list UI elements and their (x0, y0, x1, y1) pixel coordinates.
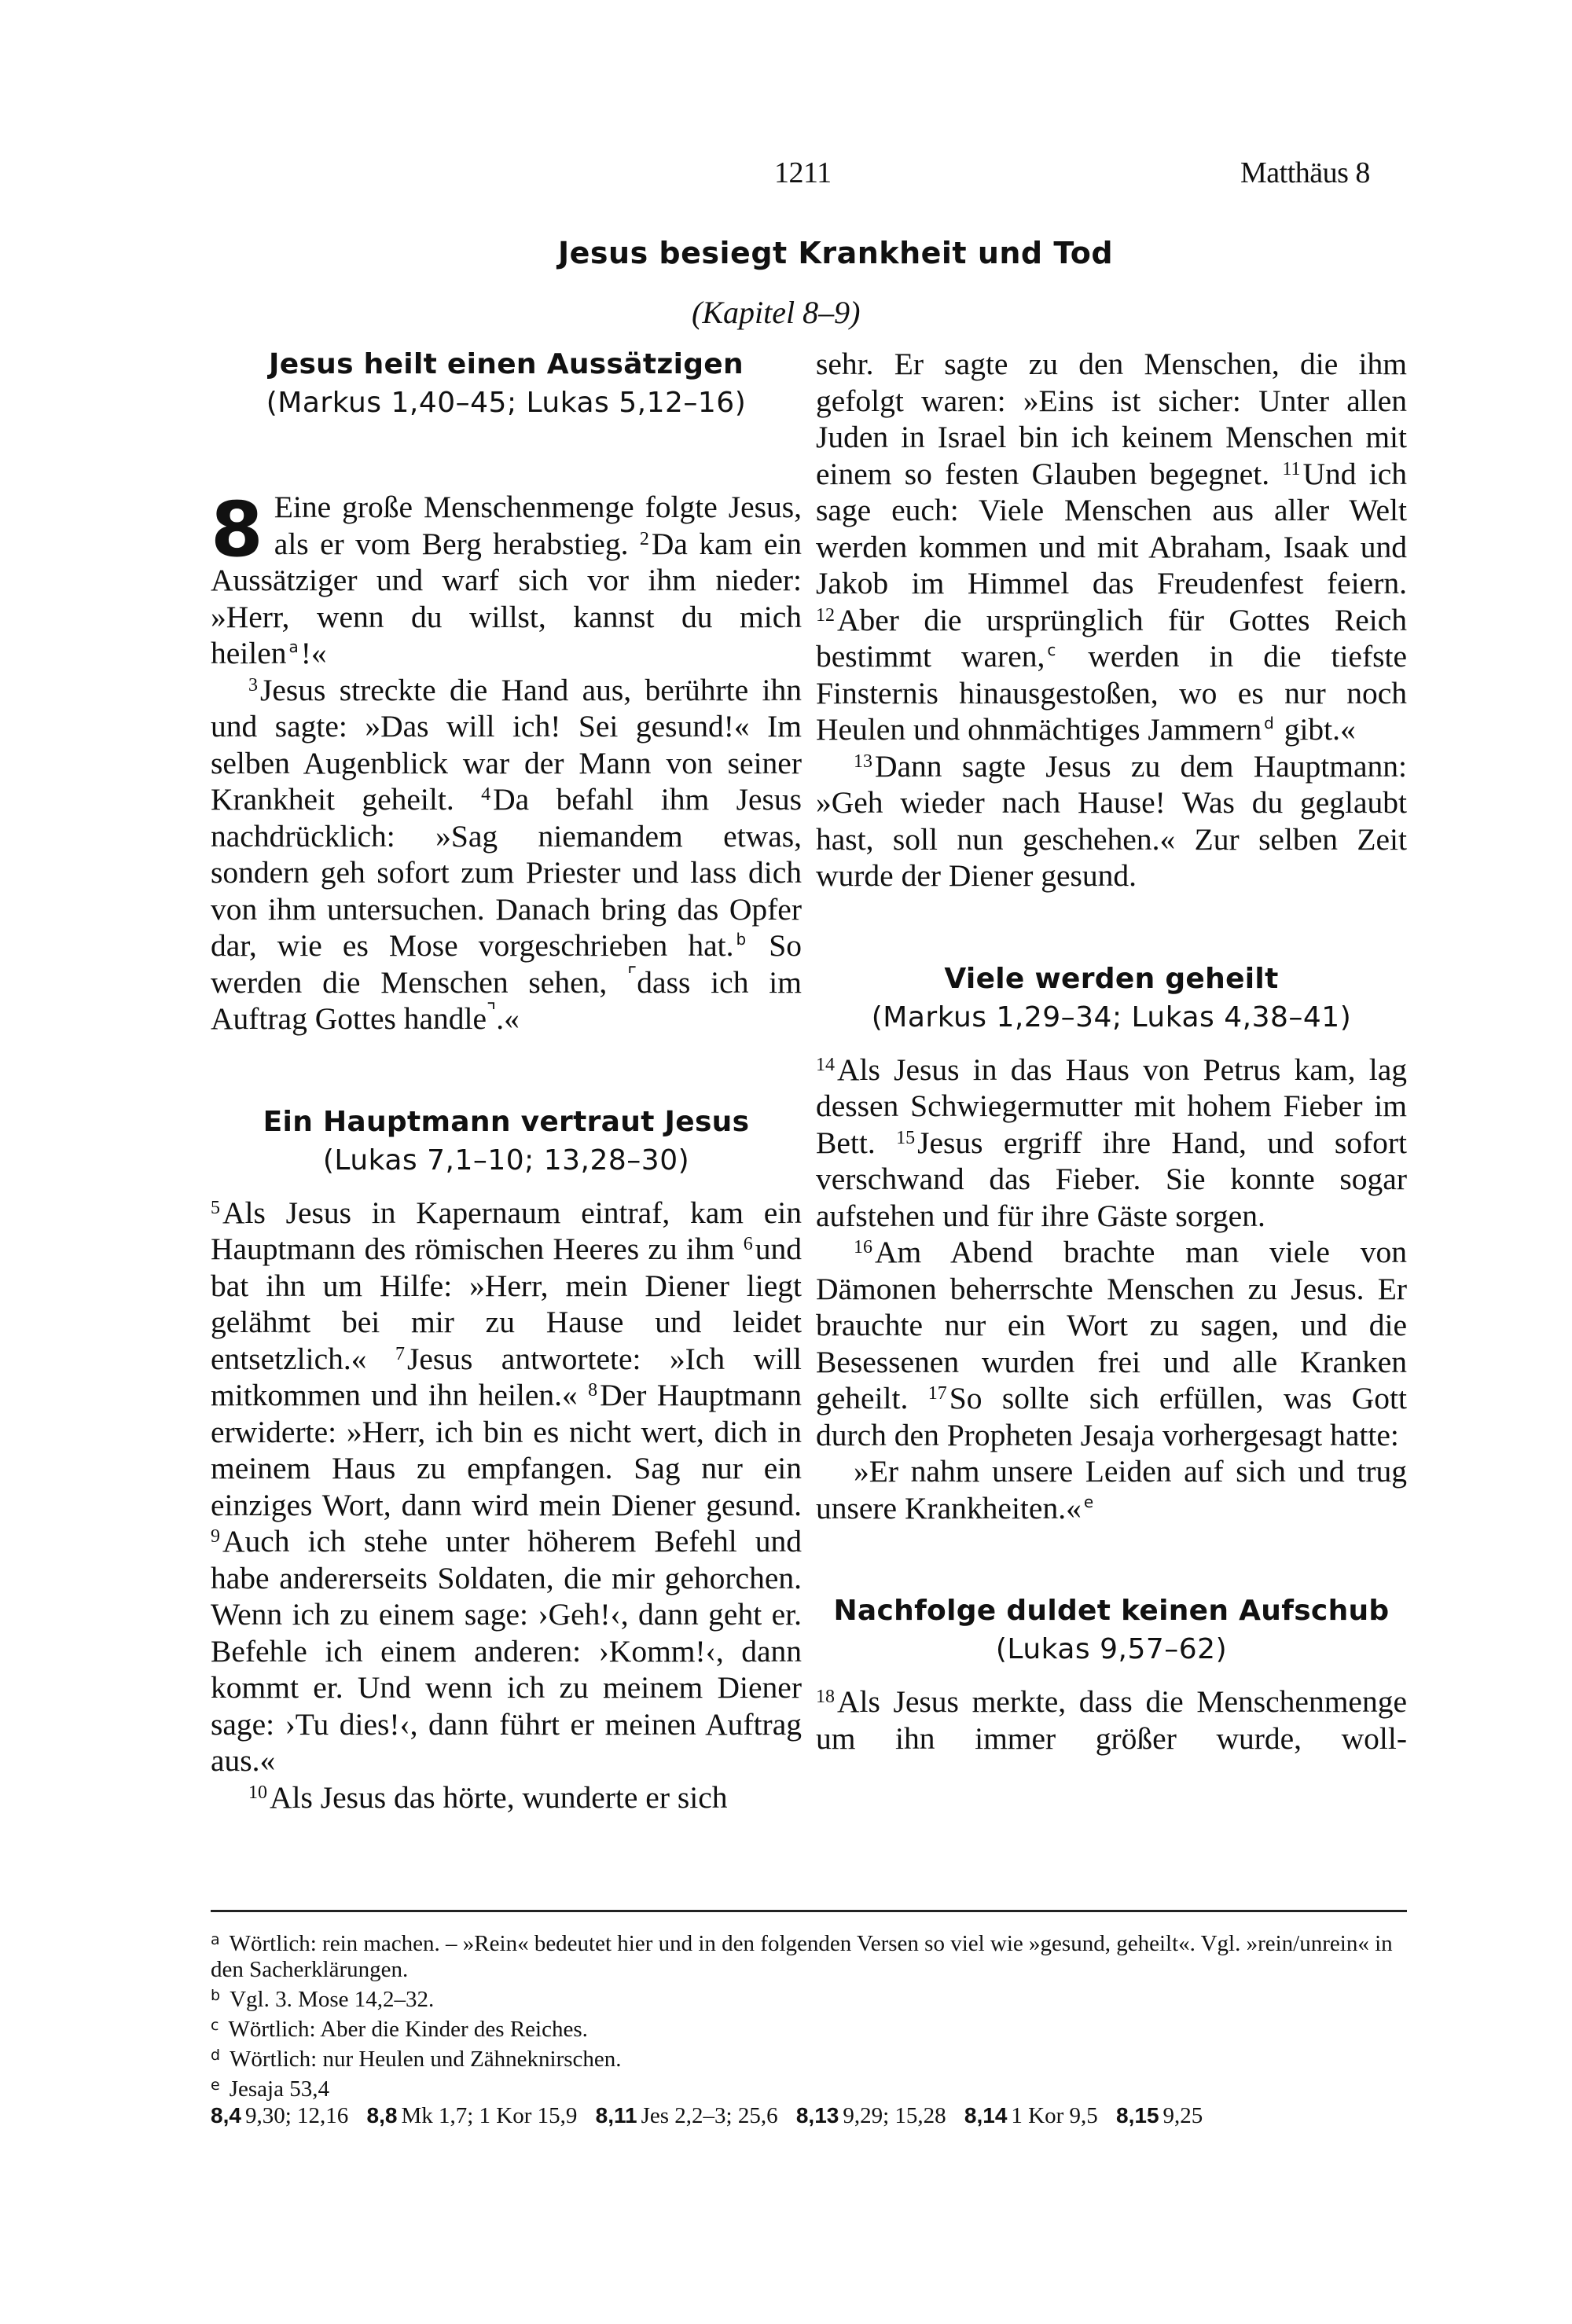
footnote-a: aWörtlich: rein machen. – »Rein« bedeute… (211, 1927, 1413, 1983)
paragraph: 10Als Jesus das hörte, wunderte er sich (211, 1779, 802, 1816)
paragraph: sehr. Er sagte zu den Menschen, die ihm … (816, 346, 1407, 748)
verse-number: 4 (481, 784, 490, 805)
text-column-left: Jesus heilt einen Aussätzigen (Markus 1,… (211, 346, 802, 1816)
verse-text: .« (496, 1001, 520, 1036)
crossref-verse[interactable]: 8,11 (596, 2103, 637, 2128)
verse-text: !« (301, 636, 327, 670)
verse-number: 11 (1282, 459, 1300, 479)
text-column-right: sehr. Er sagte zu den Menschen, die ihm … (816, 346, 1407, 1757)
footnote-marker[interactable]: e (1084, 1492, 1093, 1511)
section-heading-leper: Jesus heilt einen Aussätzigen (Markus 1,… (211, 346, 802, 423)
crossref-targets[interactable]: 1 Kor 9,5 (1011, 2103, 1097, 2128)
bracket-close-mark: ⌝ (487, 1000, 496, 1022)
verse-number: 9 (211, 1526, 220, 1547)
footnote-marker[interactable]: d (1264, 714, 1274, 732)
parallel-reference: (Lukas 7,1–10; 13,28–30) (211, 1141, 802, 1180)
footnote-text: Jesaja 53,4 (230, 2076, 329, 2102)
section-title: Jesus heilt einen Aussätzigen (211, 346, 802, 384)
footnote-c: cWörtlich: Aber die Kinder des Reiches. (211, 2013, 1413, 2043)
paragraph: 3Jesus streckte die Hand aus, berührte i… (211, 672, 802, 1037)
cross-references: 8,49,30; 12,16 8,8Mk 1,7; 1 Kor 15,9 8,1… (211, 2102, 1413, 2129)
footnote-b: bVgl. 3. Mose 14,2–32. (211, 1983, 1413, 2013)
footnote-marker[interactable]: b (736, 930, 747, 949)
crossref-targets[interactable]: Jes 2,2–3; 25,6 (641, 2103, 778, 2128)
footnote-d: dWörtlich: nur Heulen und Zähneknirschen… (211, 2043, 1413, 2073)
verse-number: 6 (744, 1234, 753, 1254)
crossref-targets[interactable]: 9,29; 15,28 (843, 2103, 946, 2128)
verse-number: 17 (928, 1383, 947, 1404)
section-heading-many-healed: Viele werden geheilt (Markus 1,29–34; Lu… (816, 960, 1407, 1037)
footnote-letter: e (211, 2076, 220, 2094)
footnote-letter: c (211, 2017, 219, 2034)
crossref-verse[interactable]: 8,15 (1116, 2103, 1159, 2128)
footnote-text: Wörtlich: nur Heulen und Zähneknirschen. (230, 2047, 621, 2072)
footnote-text: Wörtlich: Aber die Kinder des Reiches. (228, 2017, 587, 2042)
footnotes: aWörtlich: rein machen. – »Rein« bedeute… (211, 1927, 1413, 2129)
verse-number: 16 (854, 1237, 872, 1257)
verse-text: Auch ich stehe unter höherem Befehl und … (211, 1524, 802, 1778)
spacer (211, 1037, 802, 1103)
paragraph: 5Als Jesus in Kapernaum eintraf, kam ein… (211, 1195, 802, 1779)
parallel-reference: (Markus 1,40–45; Lukas 5,12–16) (211, 384, 802, 423)
quotation: »Er nahm unsere Leiden auf sich und trug… (816, 1453, 1407, 1526)
verse-text: gibt.« (1276, 712, 1356, 747)
verse-number: 13 (854, 751, 872, 772)
section-heading-centurion: Ein Hauptmann vertraut Jesus (Lukas 7,1–… (211, 1103, 802, 1180)
footnote-divider (211, 1910, 1407, 1912)
verse-number: 12 (816, 605, 835, 626)
verse-number: 15 (896, 1128, 915, 1148)
paragraph: 14Als Jesus in das Haus von Petrus kam, … (816, 1052, 1407, 1235)
crossref-verse[interactable]: 8,14 (964, 2103, 1008, 2128)
spacer (816, 1526, 1407, 1592)
verse-text: Als Jesus merkte, dass die Menschenmenge… (816, 1684, 1407, 1756)
section-heading-discipleship: Nachfolge duldet keinen Aufschub (Lukas … (816, 1592, 1407, 1669)
footnote-letter: a (211, 1931, 220, 1948)
verse-number: 18 (816, 1687, 835, 1707)
spacer (211, 423, 802, 489)
footnote-e: eJesaja 53,4 (211, 2073, 1413, 2102)
running-head-book-chapter: Matthäus 8 (1240, 156, 1370, 190)
verse-text: Als Jesus das hörte, wunderte er sich (270, 1780, 728, 1815)
chapter-number: 8 (211, 498, 263, 561)
footnote-marker[interactable]: a (289, 637, 299, 656)
verse-number: 2 (640, 529, 649, 549)
crossref-targets[interactable]: Mk 1,7; 1 Kor 15,9 (401, 2103, 577, 2128)
crossref-verse[interactable]: 8,4 (211, 2103, 241, 2128)
crossref-verse[interactable]: 8,13 (796, 2103, 839, 2128)
paragraph: 16Am Abend brachte man viele von Dämonen… (816, 1234, 1407, 1453)
spacer (211, 1180, 802, 1195)
paragraph: 18Als Jesus merkte, dass die Menschenmen… (816, 1683, 1407, 1757)
parallel-reference: (Markus 1,29–34; Lukas 4,38–41) (816, 998, 1407, 1037)
quote-text: »Er nahm unsere Leiden auf sich und trug… (816, 1454, 1407, 1525)
page-number: 1211 (774, 156, 832, 190)
bracket-open-mark: ⌜ (627, 964, 637, 986)
verse-text: Dann sagte Jesus zu dem Hauptmann: »Geh … (816, 749, 1407, 894)
footnote-letter: b (211, 1987, 220, 2004)
verse-number: 8 (588, 1380, 597, 1401)
crossref-targets[interactable]: 9,30; 12,16 (245, 2103, 348, 2128)
verse-number: 3 (248, 675, 258, 696)
section-title: Nachfolge duldet keinen Aufschub (816, 1592, 1407, 1630)
footnote-text: Wörtlich: rein machen. – »Rein« bedeutet… (211, 1931, 1393, 1982)
spacer (816, 1669, 1407, 1683)
footnote-marker[interactable]: c (1047, 641, 1056, 659)
paragraph: 8Eine große Menschenmenge folgte Jesus, … (211, 489, 802, 672)
verse-number: 10 (248, 1782, 267, 1803)
verse-number: 7 (395, 1344, 405, 1364)
main-section-subtitle: (Kapitel 8–9) (692, 294, 860, 331)
spacer (816, 894, 1407, 960)
section-title: Ein Hauptmann vertraut Jesus (211, 1103, 802, 1141)
footnote-letter: d (211, 2047, 220, 2064)
verse-number: 14 (816, 1055, 835, 1075)
main-section-heading: Jesus besiegt Krankheit und Tod (558, 236, 1113, 270)
footnote-text: Vgl. 3. Mose 14,2–32. (230, 1987, 434, 2012)
verse-number: 5 (211, 1198, 220, 1218)
section-title: Viele werden geheilt (816, 960, 1407, 998)
parallel-reference: (Lukas 9,57–62) (816, 1630, 1407, 1669)
crossref-verse[interactable]: 8,8 (367, 2103, 398, 2128)
verse-text: Als Jesus in Kapernaum eintraf, kam ein … (211, 1195, 802, 1267)
paragraph: 13Dann sagte Jesus zu dem Hauptmann: »Ge… (816, 748, 1407, 894)
crossref-targets[interactable]: 9,25 (1163, 2103, 1203, 2128)
spacer (816, 1037, 1407, 1052)
